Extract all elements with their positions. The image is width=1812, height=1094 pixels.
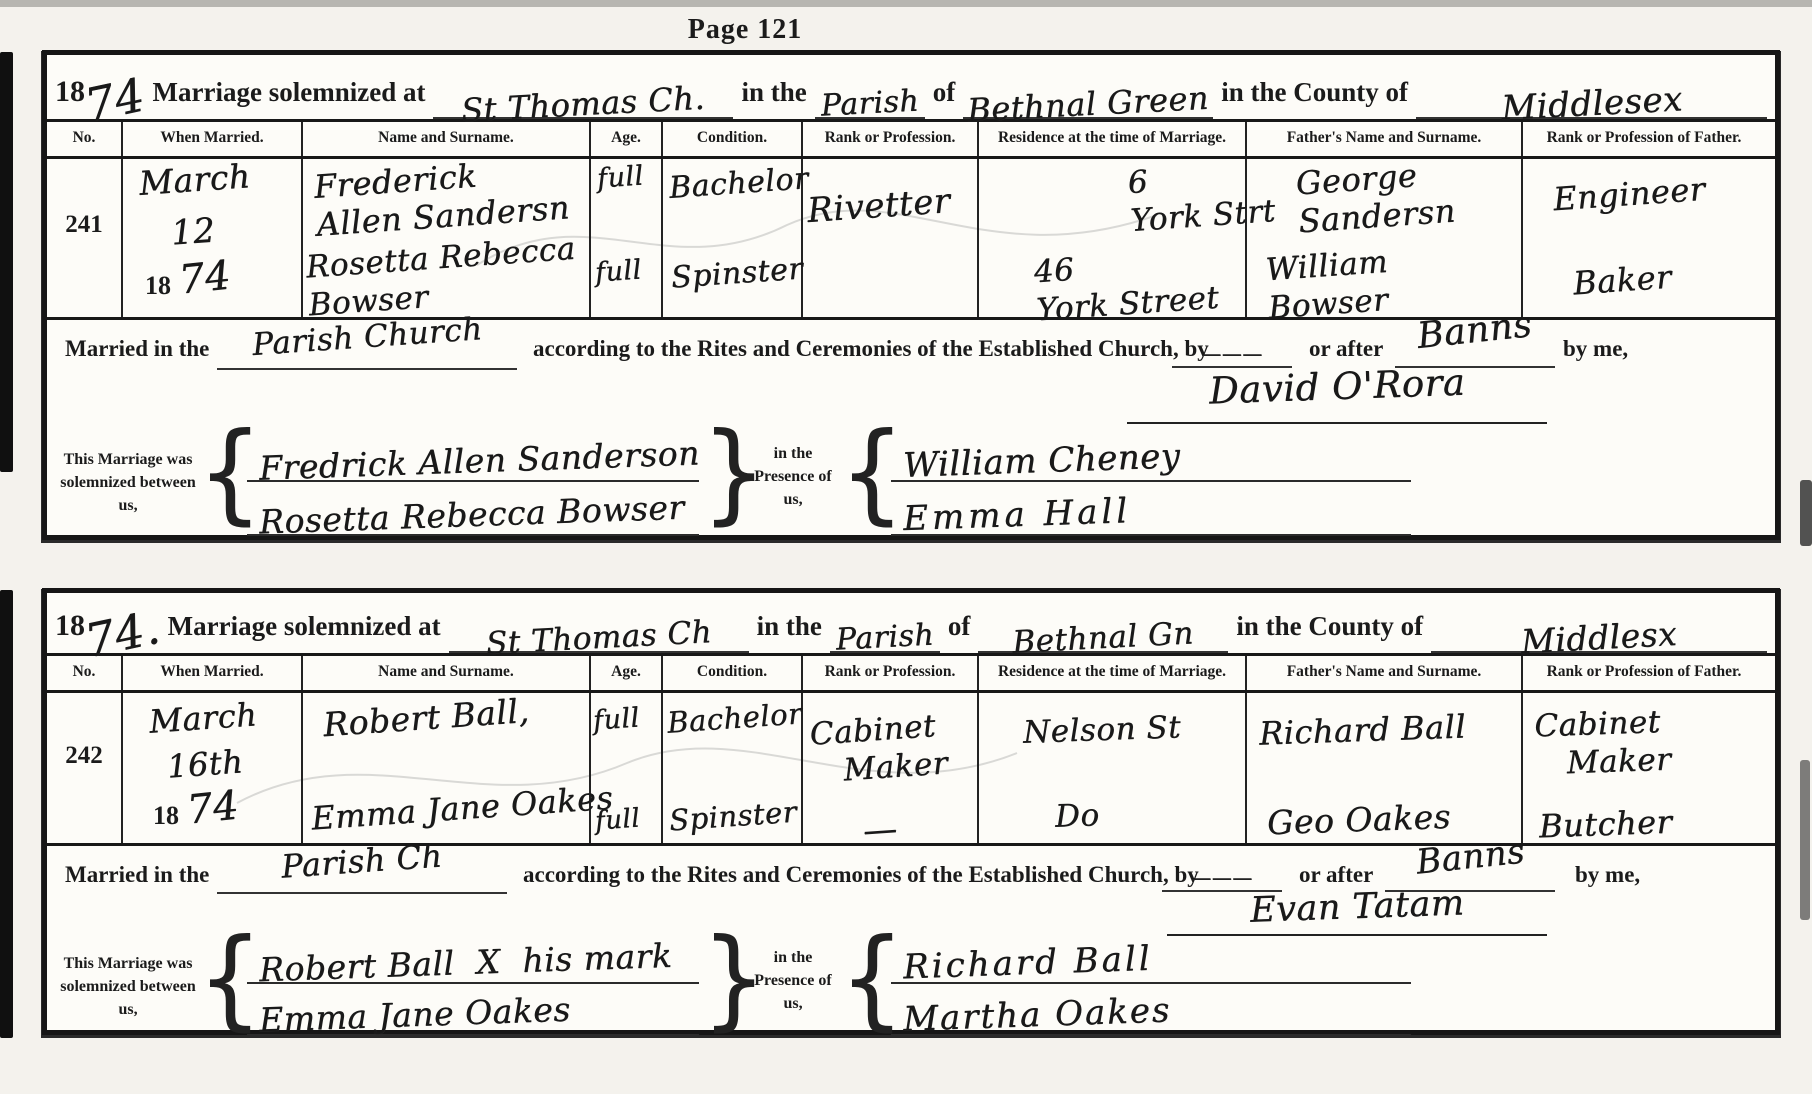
table-row: 242 March 16th 18 74 Robert Ball, Emma J… <box>47 693 1775 843</box>
bride-condition: Spinster <box>670 250 805 297</box>
district-type: Parish <box>835 616 935 659</box>
col-rank-profession: Rank or Profession. <box>803 656 979 690</box>
district-type-line: Parish <box>815 67 925 119</box>
col-condition: Condition. <box>663 122 803 156</box>
col-age: Age. <box>591 122 663 156</box>
col-when-married: When Married. <box>123 122 303 156</box>
bride-signature: Rosetta Rebecca Bowser <box>258 488 685 541</box>
col-father-name: Father's Name and Surname. <box>1247 122 1523 156</box>
col-age: Age. <box>591 656 663 690</box>
register-entry-242: 18 74. Marriage solemnized at St Thomas … <box>42 588 1780 1035</box>
officiant-line: Evan Tatam <box>47 900 1775 936</box>
groom-father: Richard Ball <box>1258 707 1466 752</box>
church-name-line: St Thomas Ch. <box>433 67 733 119</box>
cell-professions: Cabinet Maker — <box>803 693 979 843</box>
married-in-label: Married in the <box>65 862 209 888</box>
when-year-hw: 74 <box>177 256 233 299</box>
cell-names: Robert Ball, Emma Jane Oakes <box>303 693 591 843</box>
when-day: 12 <box>170 211 217 252</box>
attestation-label: This Marriage was solemnized between us, <box>53 448 203 518</box>
groom-signature: Fredrick Allen Sanderson <box>258 434 700 487</box>
groom-condition: Bachelor <box>666 694 804 741</box>
year-handwritten: 74. <box>82 608 163 661</box>
after-value: Banns <box>1414 832 1526 881</box>
bride-residence: Do <box>1054 796 1100 836</box>
cell-when-married: March 12 18 74 <box>123 159 303 317</box>
attestation-block: This Marriage was solemnized between us,… <box>47 936 1775 1035</box>
solemnized-label: Marriage solemnized at <box>153 65 426 119</box>
witness-1-signature: William Cheney <box>902 437 1181 485</box>
bride-father: William Bowser <box>1264 243 1391 327</box>
married-in-blank: Parish Church <box>217 318 517 370</box>
attestation-block: This Marriage was solemnized between us,… <box>47 428 1775 540</box>
by-me-label: by me, <box>1563 336 1628 362</box>
of-label: of <box>948 599 971 653</box>
col-residence: Residence at the time of Marriage. <box>979 122 1247 156</box>
column-header-row: No. When Married. Name and Surname. Age.… <box>47 653 1775 693</box>
groom-signature-line: Robert Ball X his mark <box>247 932 699 984</box>
county-label: in the County of <box>1236 599 1423 653</box>
by-blank: ——— <box>1162 858 1282 892</box>
cell-fathers: Richard Ball Geo Oakes <box>1247 693 1523 843</box>
of-label: of <box>933 65 956 119</box>
cell-residences: 6 York Strt 46 York Street <box>979 159 1247 317</box>
cell-ages: full full <box>591 693 663 843</box>
page-number-header: Page 121 <box>0 14 1490 46</box>
by-value: ——— <box>1201 334 1263 372</box>
cell-father-ranks: Engineer Baker <box>1523 159 1765 317</box>
in-the-label: in the <box>757 599 822 653</box>
witness-1-signature: Richard Ball <box>902 939 1153 986</box>
presence-label: in the Presence of us, <box>749 442 837 512</box>
district-type: Parish <box>820 82 920 125</box>
after-blank: Banns <box>1395 312 1555 368</box>
groom-profession: Rivetter <box>806 182 952 230</box>
col-when-married: When Married. <box>123 656 303 690</box>
bride-condition: Spinster <box>668 792 798 839</box>
bride-name: Emma Jane Oakes <box>310 778 614 837</box>
county-line: Middlesex <box>1416 67 1767 119</box>
cell-professions: Rivetter <box>803 159 979 317</box>
cell-no: 242 <box>47 693 123 843</box>
officiant-signature: Evan Tatam <box>1249 884 1465 929</box>
district-line: Bethnal Gn <box>978 601 1228 653</box>
marriage-register-scan: Page 121 18 74 Marriage solemnized at St… <box>0 0 1812 1094</box>
groom-condition: Bachelor <box>668 160 810 208</box>
cell-fathers: George Sandersn William Bowser <box>1247 159 1523 317</box>
attestation-label: This Marriage was solemnized between us, <box>53 952 203 1022</box>
solemnized-label: Marriage solemnized at <box>168 599 441 653</box>
witness-2-line: Emma Hall <box>891 482 1411 536</box>
married-in-value: Parish Ch <box>280 836 444 885</box>
witness-2-signature: Martha Oakes <box>902 991 1171 1038</box>
when-year-printed: 18 <box>153 801 179 831</box>
scan-mark-right-2 <box>1800 760 1810 920</box>
entry-number: 242 <box>65 742 103 770</box>
when-year-printed: 18 <box>145 271 171 301</box>
married-in-label: Married in the <box>65 336 209 362</box>
party-signatures: Fredrick Allen Sanderson Rosetta Rebecca… <box>247 428 699 536</box>
bride-signature-line: Rosetta Rebecca Bowser <box>247 482 699 536</box>
groom-name: Robert Ball, <box>322 692 531 744</box>
married-in-value: Parish Church <box>251 310 484 364</box>
when-day: 16th <box>166 742 245 785</box>
when-month: March <box>138 157 252 203</box>
witness-2-signature: Emma Hall <box>902 492 1131 538</box>
entry-title-line: 18 74 Marriage solemnized at St Thomas C… <box>47 55 1775 119</box>
after-value: Banns <box>1416 306 1535 356</box>
by-me-label: by me, <box>1575 862 1640 888</box>
groom-father-profession: Engineer <box>1552 170 1707 219</box>
bride-father-profession: Butcher <box>1538 802 1672 845</box>
after-blank: Banns <box>1385 838 1555 892</box>
scan-mark-right-1 <box>1800 480 1812 546</box>
witness-1-line: Richard Ball <box>891 932 1411 984</box>
married-in-blank: Parish Ch <box>217 842 507 894</box>
year-printed: 18 <box>55 599 85 653</box>
party-signatures: Robert Ball X his mark Emma Jane Oakes <box>247 932 699 1036</box>
witness-1-line: William Cheney <box>891 428 1411 482</box>
when-month: March <box>148 695 259 740</box>
bride-age: full <box>594 251 643 292</box>
witness-signatures: William Cheney Emma Hall <box>891 428 1411 536</box>
bride-signature: Emma Jane Oakes <box>258 990 571 1039</box>
cell-conditions: Bachelor Spinster <box>663 159 803 317</box>
col-name-surname: Name and Surname. <box>303 656 591 690</box>
rites-label: according to the Rites and Ceremonies of… <box>533 336 1209 362</box>
by-blank: ——— <box>1172 334 1292 368</box>
officiant-signature: David O'Rora <box>1208 363 1465 410</box>
bride-residence: 46 York Street <box>1033 241 1221 330</box>
cell-father-ranks: Cabinet Maker Butcher <box>1523 693 1765 843</box>
year-printed: 18 <box>55 65 85 119</box>
col-father-name: Father's Name and Surname. <box>1247 656 1523 690</box>
cell-no: 241 <box>47 159 123 317</box>
cell-names: Frederick Allen Sandersn Rosetta Rebecca… <box>303 159 591 317</box>
when-year-hw: 74 <box>185 786 241 829</box>
entry-title-line: 18 74. Marriage solemnized at St Thomas … <box>47 593 1775 653</box>
scan-edge-top <box>0 0 1812 7</box>
entry-number: 241 <box>65 211 103 239</box>
col-condition: Condition. <box>663 656 803 690</box>
county-name: Middlesex <box>1500 80 1683 127</box>
church-name-line: St Thomas Ch <box>449 601 749 653</box>
district-line: Bethnal Green <box>963 67 1213 119</box>
cell-ages: full full <box>591 159 663 317</box>
cell-when-married: March 16th 18 74 <box>123 693 303 843</box>
col-father-rank: Rank or Profession of Father. <box>1523 656 1765 690</box>
groom-name: Frederick Allen Sandersn <box>313 150 571 244</box>
bride-name: Rosetta Rebecca Bowser <box>305 229 580 324</box>
bride-father: Geo Oakes <box>1266 798 1451 842</box>
groom-age: full <box>596 157 645 198</box>
cell-conditions: Bachelor Spinster <box>663 693 803 843</box>
groom-father: George Sandersn <box>1295 153 1457 240</box>
table-row: 241 March 12 18 74 Frederick Allen Sande… <box>47 159 1775 317</box>
bride-signature-line: Emma Jane Oakes <box>247 984 699 1036</box>
witness-2-line: Martha Oakes <box>891 984 1411 1036</box>
groom-signature: Robert Ball X his mark <box>258 937 672 989</box>
groom-residence: Nelson St <box>1022 708 1181 751</box>
bride-age: full <box>594 799 642 840</box>
county-line: Middlesx <box>1431 601 1767 653</box>
col-rank-profession: Rank or Profession. <box>803 122 979 156</box>
in-the-label: in the <box>741 65 806 119</box>
officiant-signature-line: David O'Rora <box>1127 368 1547 424</box>
groom-age: full <box>592 699 641 740</box>
groom-father-profession: Cabinet Maker <box>1534 702 1672 783</box>
groom-signature-line: Fredrick Allen Sanderson <box>247 428 699 482</box>
county-label: in the County of <box>1221 65 1408 119</box>
rites-label: according to the Rites and Ceremonies of… <box>523 862 1199 888</box>
register-entry-241: 18 74 Marriage solemnized at St Thomas C… <box>42 50 1780 540</box>
groom-profession: Cabinet Maker <box>809 706 950 791</box>
officiant-signature-line: Evan Tatam <box>1167 888 1547 936</box>
col-father-rank: Rank or Profession of Father. <box>1523 122 1765 156</box>
bride-father-profession: Baker <box>1572 257 1673 302</box>
cell-residences: Nelson St Do <box>979 693 1247 843</box>
witness-signatures: Richard Ball Martha Oakes <box>891 932 1411 1036</box>
officiant-line: David O'Rora <box>47 378 1775 428</box>
scan-edge-left-lower <box>0 590 13 1038</box>
presence-label: in the Presence of us, <box>749 946 837 1016</box>
scan-edge-left-upper <box>0 52 13 472</box>
or-after-label: or after <box>1299 862 1373 888</box>
district-type-line: Parish <box>830 601 940 653</box>
or-after-label: or after <box>1309 336 1383 362</box>
year-handwritten: 74 <box>82 75 148 125</box>
